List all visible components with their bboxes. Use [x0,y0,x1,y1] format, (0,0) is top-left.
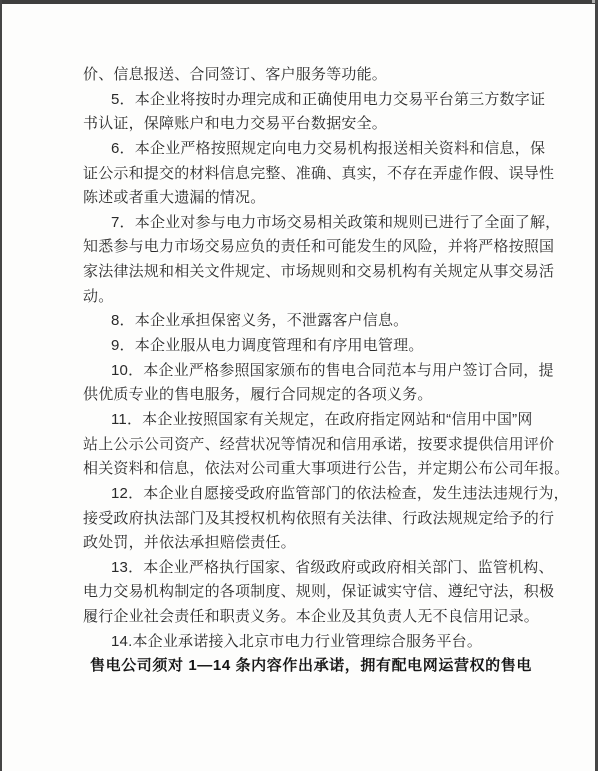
text-line: 10．本企业严格参照国家颁布的售电合同范本与用户签订合同，提 [83,359,531,384]
text-line: 电力交易机构制定的各项制度、规则，保证诚实守信、遵纪守法，积极 [83,580,531,605]
text-line: 履行企业社会责任和职责义务。本企业及其负责人无不良信用记录。 [83,605,531,630]
text-line: 政处罚，并依法承担赔偿责任。 [83,531,531,556]
text-line: 接受政府执法部门及其授权机构依照有关法律、行政法规规定给予的行 [83,507,531,532]
text-line: 13．本企业严格执行国家、省级政府或政府相关部门、监管机构、 [83,556,531,581]
scan-edge-notch [592,0,595,3]
text-line: 供优质专业的售电服务，履行合同规定的各项义务。 [83,383,531,408]
text-line: 5．本企业将按时办理完成和正确使用电力交易平台第三方数字证 [83,88,531,113]
scan-edge-top [0,0,598,4]
document-text-block: 价、信息报送、合同签订、客户服务等功能。5．本企业将按时办理完成和正确使用电力交… [83,63,531,679]
text-line: 站上公示公司资产、经营状况等情况和信用承诺，按要求提供信用评价 [83,433,531,458]
text-line: 相关资料和信息，依法对公司重大事项进行公告，并定期公布公司年报。 [83,457,531,482]
text-line: 证公示和提交的材料信息完整、准确、真实，不存在弄虚作假、误导性 [83,162,531,187]
text-line: 11．本企业按照国家有关规定，在政府指定网站和“信用中国”网 [83,408,531,433]
text-line: 8．本企业承担保密义务，不泄露客户信息。 [83,309,531,334]
text-line: 9．本企业服从电力调度管理和有序用电管理。 [83,334,531,359]
text-line: 售电公司须对 1—14 条内容作出承诺，拥有配电网运营权的售电 [83,654,531,679]
text-line: 书认证，保障账户和电力交易平台数据安全。 [83,112,531,137]
text-line: 7．本企业对参与电力市场交易相关政策和规则已进行了全面了解， [83,211,531,236]
text-line: 陈述或者重大遗漏的情况。 [83,186,531,211]
text-line: 家法律法规和相关文件规定、市场规则和交易机构有关规定从事交易活 [83,260,531,285]
document-page: 价、信息报送、合同签订、客户服务等功能。5．本企业将按时办理完成和正确使用电力交… [0,0,598,771]
text-line: 14.本企业承诺接入北京市电力行业管理综合服务平台。 [83,630,531,655]
text-line: 动。 [83,285,531,310]
text-line: 6．本企业严格按照规定向电力交易机构报送相关资料和信息，保 [83,137,531,162]
text-line: 12．本企业自愿接受政府监管部门的依法检查，发生违法违规行为， [83,482,531,507]
scan-edge-left [0,0,2,771]
text-line: 知悉参与电力市场交易应负的责任和可能发生的风险，并将严格按照国 [83,235,531,260]
text-line: 价、信息报送、合同签订、客户服务等功能。 [83,63,531,88]
